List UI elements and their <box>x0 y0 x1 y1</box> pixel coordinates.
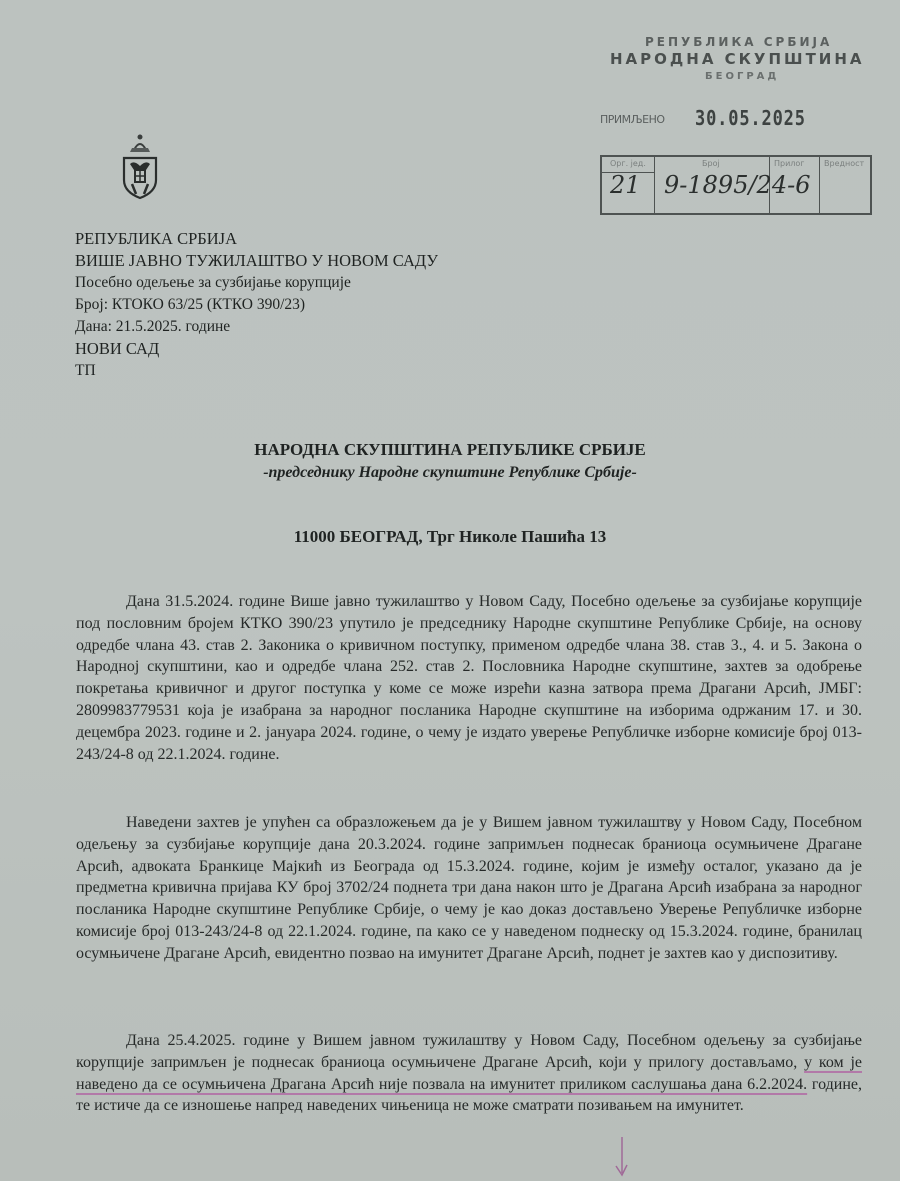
body-paragraph-3: Дана 25.4.2025. године у Вишем јавном ту… <box>76 1030 862 1117</box>
handwritten-arrow-down-icon <box>612 1135 632 1180</box>
paragraph-3-start: Дана 25.4.2025. године у Вишем јавном ту… <box>76 1032 862 1071</box>
letterhead-department: Посебно одељење за сузбијање корупције <box>75 272 438 294</box>
paragraph-2-text: Наведени захтев је упућен са образложење… <box>76 812 862 965</box>
registry-header-number: Број <box>702 159 720 168</box>
registry-number: 9-1895/24-6 <box>664 171 810 199</box>
stamp-assembly: НАРОДНА СКУПШТИНА <box>610 50 865 68</box>
stamp-received-date: 30.05.2025 <box>695 106 806 130</box>
paragraph-3-text: Дана 25.4.2025. године у Вишем јавном ту… <box>76 1030 862 1117</box>
registry-box: Орг. јед. Број Прилог Вредност 21 9-1895… <box>600 155 872 215</box>
body-paragraph-1: Дана 31.5.2024. године Више јавно тужила… <box>76 591 862 765</box>
letterhead-initials: ТП <box>75 360 438 382</box>
body-paragraph-2: Наведени захтев је упућен са образложење… <box>76 812 862 965</box>
registry-header-attachment: Прилог <box>774 159 805 168</box>
recipient-title: НАРОДНА СКУПШТИНА РЕПУБЛИКЕ СРБИЈЕ <box>0 440 900 460</box>
recipient-subtitle: -председнику Народне скупштине Републике… <box>0 464 900 482</box>
letterhead-date: Дана: 21.5.2025. године <box>75 316 438 338</box>
letterhead-office: ВИШЕ ЈАВНО ТУЖИЛАШТВО У НОВОМ САДУ <box>75 250 438 272</box>
stamp-received-label: ПРИМЉЕНО <box>600 113 665 126</box>
document-page: РЕПУБЛИКА СРБИЈА НАРОДНА СКУПШТИНА БЕОГР… <box>0 0 900 1181</box>
letterhead-case-number: Број: КТОКО 63/25 (КТКО 390/23) <box>75 294 438 316</box>
registry-header-value: Вредност <box>824 159 864 168</box>
registry-header-org: Орг. јед. <box>610 159 646 168</box>
recipient-address: 11000 БЕОГРАД, Трг Николе Пашића 13 <box>0 527 900 547</box>
letterhead-country: РЕПУБЛИКА СРБИЈА <box>75 228 438 250</box>
paragraph-1-text: Дана 31.5.2024. године Више јавно тужила… <box>76 591 862 765</box>
letterhead: РЕПУБЛИКА СРБИЈА ВИШЕ ЈАВНО ТУЖИЛАШТВО У… <box>75 228 438 382</box>
coat-of-arms-icon <box>120 130 160 200</box>
stamp-city: БЕОГРАД <box>705 71 779 82</box>
letterhead-city: НОВИ САД <box>75 338 438 360</box>
stamp-republic: РЕПУБЛИКА СРБИЈА <box>645 35 832 49</box>
registry-org-unit: 21 <box>610 171 641 199</box>
